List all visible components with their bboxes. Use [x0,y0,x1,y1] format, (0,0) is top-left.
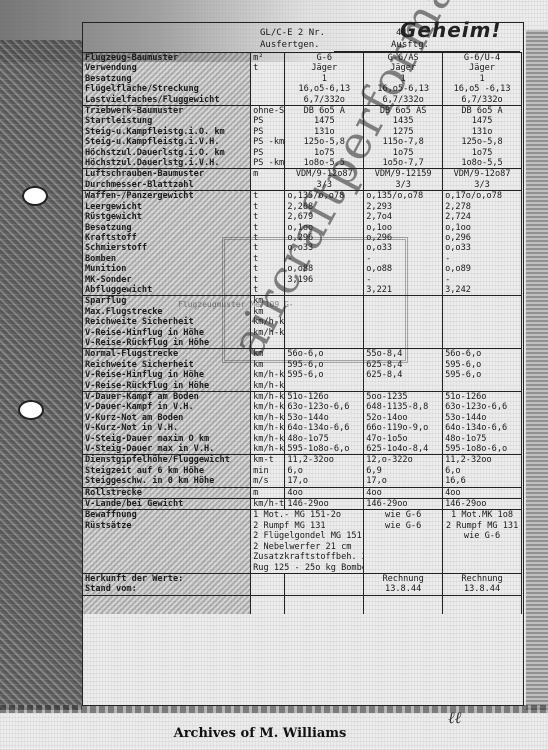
row-units [251,573,285,595]
row-labels: Rollstrecke [83,487,251,498]
value-cell: 1475 [445,116,519,126]
value-cell: 16,o5-6,13 [287,84,361,94]
value-cell: Jäger [287,63,361,73]
value-cell: 1o75 [287,148,361,158]
value-cell: 625-1o4o-8,4 [366,444,440,454]
value-col-1: VDM/9-121593/3 [364,169,443,191]
row-label: Steigzeit auf 6 km Höhe [85,466,248,476]
armament-col-1: 1 Mot.MK 1o82 Rumpf MG 131wie G-6 [443,510,522,573]
unit-cell: km/h-km [253,392,282,402]
source-col-1: Rechnung13.8.44 [364,573,443,595]
value-cell: 2,679 [287,212,361,222]
value-cell: 11,2-32oo [287,455,361,465]
value-cell: 146-29oo [445,499,519,509]
empty-cell [285,595,364,614]
row-units: km/h-kmkm/h-kmkm/h-kmkm/h-kmkm/h-kmkm/h-… [251,392,285,455]
spec-section-11: Herkunft der Werte:Stand vom:Rechnung13.… [83,573,522,595]
value-cell: 3/3 [445,180,519,190]
row-label: Luftschrauben-Baumuster [85,169,248,179]
value-cell: 12,o-322o [366,455,440,465]
row-labels: V-Dauer-Kampf am BodenV-Dauer-Kampf in V… [83,392,251,455]
value-col-1: 5oo-1235648-1135-8,852o-14oo66o-119o-9,o… [364,392,443,455]
value-cell: 2,268 [287,202,361,212]
row-label: Lastvielfaches/Fluggewicht [85,95,248,105]
row-label: V-Dauer-Kampf in V.H. [85,402,248,412]
classification-stamp: Geheim! [400,18,502,42]
value-cell: 648-1135-8,8 [366,402,440,412]
value-col-1: 4oo [364,487,443,498]
value-col-2: o,17o/o,o782,2782,724o,1ooo,296o,o33-o,o… [443,191,522,296]
value-cell: 17,o [366,476,440,486]
unit-cell: PS -km [253,158,282,168]
value-cell: - [445,275,519,285]
row-label: V-Lande/bei Gewicht [85,499,248,509]
value-cell: 131o [445,127,519,137]
value-cell: - [445,254,519,264]
value-col-2: 4oo [443,487,522,498]
value-cell: 16,6 [445,476,519,486]
value-cell: 125o-5,8 [287,137,361,147]
value-cell: 115o-7,8 [366,137,440,147]
archive-credit: Archives of M. Williams [0,726,548,741]
unit-cell: t [253,63,282,73]
value-cell: Jäger [445,63,519,73]
row-label: Flugzeug-Baumuster [85,53,248,63]
armament-line: wie G-6 [445,531,519,541]
unit-cell: PS -km [253,137,282,147]
value-col-0: 11,2-32oo6,o17,o [285,455,364,487]
value-cell: o,1oo [287,223,361,233]
source-line: 13.8.44 [366,584,440,594]
unit-cell: km/h-t [253,499,282,509]
row-label: Dienstgipfelhöhe/Fluggewicht [85,455,248,465]
punch-hole [22,186,48,206]
unit-cell: min [253,466,282,476]
row-label: Rüstsätze [85,521,248,531]
source-line: Rechnung [366,574,440,584]
signature: ℓℓ [448,708,461,728]
unit-cell: PS [253,148,282,158]
unit-cell: km/h-km [253,370,282,380]
value-cell: 47o-1o5o [366,434,440,444]
value-cell: 1475 [287,116,361,126]
value-cell: 595-6,o [445,360,519,370]
value-cell: 3/3 [366,180,440,190]
unit-cell: km/h-km [253,381,282,391]
value-col-0: DB 6o5 A1475131o125o-5,81o751o8o-5,5 [285,106,364,169]
value-col-0: 4oo [285,487,364,498]
value-cell: 6,7/332o [287,95,361,105]
value-cell: 595-1o8o-6,o [445,444,519,454]
value-cell: 1o75 [366,148,440,158]
unit-cell: ohne-Stau [253,106,282,116]
row-label: Steiggeschw. in 0 km Höhe [85,476,248,486]
value-col-0: VDM/9-12o873/3 [285,169,364,191]
row-label: Steig-u.Kampfleistg.i.O. km [85,127,248,137]
unit-cell: t [253,191,282,201]
value-cell: VDM/9-12o87 [445,169,519,179]
row-label: Steig-u.Kampfleistg.i.V.H. [85,137,248,147]
spec-section-9: V-Lande/bei Gewichtkm/h-t146-29oo146-29o… [83,499,522,510]
value-cell: DB 6o5 A [287,106,361,116]
unit-cell: PS [253,116,282,126]
value-cell: 5oo-1235 [366,392,440,402]
value-col-2 [443,296,522,349]
row-label: Verwendung [85,63,248,73]
value-cell: DB 6o5 AS [366,106,440,116]
empty-cell [364,595,443,614]
value-cell: 6,o [445,466,519,476]
row-label: V-Reise-Rückflug in Höhe [85,381,248,391]
row-label: V-Kurz-Not am Boden [85,413,248,423]
row-labels: Herkunft der Werte:Stand vom: [83,573,251,595]
row-label: Besatzung [85,223,248,233]
row-units: m [251,487,285,498]
value-cell: 51o-126o [287,392,361,402]
row-label: Stand vom: [85,584,248,594]
row-labels: V-Lande/bei Gewicht [83,499,251,510]
row-units: km-tminm/s [251,455,285,487]
value-cell: 2,7o4 [366,212,440,222]
armament-col-0: wie G-6wie G-6 [364,510,443,573]
value-cell: G-6/U-4 [445,53,519,63]
value-cell: o,o89 [445,264,519,274]
spec-section-7: Dienstgipfelhöhe/FluggewichtSteigzeit au… [83,455,522,487]
value-cell: 2,293 [366,202,440,212]
unit-cell: m² [253,53,282,63]
value-cell: 3,242 [445,285,519,295]
value-cell: G-6 [287,53,361,63]
row-units: 1 Mot.- MG 151-2o2 Rumpf MG 1312 Flügelg… [251,510,364,573]
armament-line: wie G-6 [366,510,440,520]
value-cell: 53o-144o [287,413,361,423]
armament-line: Rug 125 - 25o kg Bombe [253,563,361,573]
source-line: Rechnung [445,574,519,584]
value-cell: 1o75 [445,148,519,158]
unit-cell: km-t [253,455,282,465]
value-col-2: 56o-6,o595-6,o595-6,o [443,349,522,392]
value-cell: 56o-6,o [445,349,519,359]
row-label: Waffen-/Panzergewicht [85,191,248,201]
value-cell: o,1oo [445,223,519,233]
spec-section-1: Triebwerk-BaumusterStartleistungSteig-u.… [83,106,522,169]
row-label: Durchmesser-Blattzahl [85,180,248,190]
unit-cell: t [253,212,282,222]
value-cell: 595-6,o [287,370,361,380]
row-label: Herkunft der Werte: [85,574,248,584]
row-label: Besatzung [85,74,248,84]
value-cell: 6,9 [366,466,440,476]
value-cell: G-6/AS [366,53,440,63]
value-cell: o,135/o,o78 [287,191,361,201]
row-label: V-Reise-Hinflug in Höhe [85,370,248,380]
value-cell: 4oo [366,488,440,498]
value-cell: 1o5o-7,7 [366,158,440,168]
value-col-2: 11,2-32oo6,o16,6 [443,455,522,487]
row-label: Rollstrecke [85,488,248,498]
value-cell: 4oo [445,488,519,498]
value-cell: 1 [445,74,519,84]
unit-cell: km/h-km [253,413,282,423]
scan-right-edge [526,30,548,710]
spec-section-6: V-Dauer-Kampf am BodenV-Dauer-Kampf in V… [83,392,522,455]
empty-cell [443,595,522,614]
value-cell: 131o [287,127,361,137]
value-cell: 64o-134o-6,6 [287,423,361,433]
row-labels: Flugzeug-BaumusterVerwendungBesatzungFlü… [83,53,251,106]
row-label: Bewaffnung [85,510,248,520]
armament-line: wie G-6 [366,521,440,531]
value-col-1: G-6/ASJäger116,o5-6,136,7/332o [364,53,443,106]
value-cell: DB 6o5 A [445,106,519,116]
value-cell: 1275 [366,127,440,137]
value-cell: 16,o5-6,13 [366,84,440,94]
row-label: Startleistung [85,116,248,126]
value-col-2: G-6/U-4Jäger116,o5 -6,136,7/332o [443,53,522,106]
value-cell: 1o8o-5,5 [445,158,519,168]
source-col-0 [285,573,364,595]
value-col-0: 51o-126o63o-123o-6,653o-144o64o-134o-6,6… [285,392,364,455]
value-cell: 17,o [287,476,361,486]
value-cell: 52o-14oo [366,413,440,423]
row-label: Höchstzul.Dauerlstg.i.O. km [85,148,248,158]
row-units: m [251,169,285,191]
value-cell: 1 [366,74,440,84]
spec-section-8: Rollstreckem4oo4oo4oo [83,487,522,498]
value-col-0: 146-29oo [285,499,364,510]
unit-cell: m [253,488,282,498]
row-label: Höchstzul.Dauerlstg.i.V.H. [85,158,248,168]
value-cell: 3/3 [287,180,361,190]
row-labels: Luftschrauben-BaumusterDurchmesser-Blatt… [83,169,251,191]
row-label: Rüstgewicht [85,212,248,222]
value-cell: o,17o/o,o78 [445,191,519,201]
unit-cell: km/h-km [253,402,282,412]
armament-line: 2 Nebelwerfer 21 cm [253,542,361,552]
unit-cell: m/s [253,476,282,486]
value-col-1: DB 6o5 AS14351275115o-7,81o751o5o-7,7 [364,106,443,169]
value-cell: 63o-123o-6,6 [287,402,361,412]
spec-section-0: Flugzeug-BaumusterVerwendungBesatzungFlü… [83,53,522,106]
punch-hole [18,400,44,420]
empty-cell [83,595,251,614]
value-cell: 64o-134o-6,6 [445,423,519,433]
value-cell: 11,2-32oo [445,455,519,465]
value-cell: 6,7/332o [445,95,519,105]
value-cell: 146-29oo [366,499,440,509]
source-line: 13.8.44 [445,584,519,594]
reference-number: GL/C-E 2 Nr. [260,28,325,38]
value-cell: o,o33 [445,243,519,253]
row-label: V-Kurz-Not in V.H. [85,423,248,433]
value-cell: 48o-1o75 [445,434,519,444]
unit-cell: m [253,169,282,179]
value-col-0: G-6Jäger116,o5-6,136,7/332o [285,53,364,106]
value-cell: 125o-5,8 [445,137,519,147]
archive-credit-text: Archives of M. Williams [174,726,347,741]
row-label: Triebwerk-Baumuster [85,106,248,116]
unit-cell: km/h-km [253,444,282,454]
value-col-1: 146-29oo [364,499,443,510]
empty-cell [251,595,285,614]
armament-line: 2 Rumpf MG 131 [253,521,361,531]
armament-line: 1 Mot.MK 1o8 [445,510,519,520]
value-cell: 1 [287,74,361,84]
row-label: V-Steig-Dauer maxim O km [85,434,248,444]
value-col-2: 146-29oo [443,499,522,510]
ausfertigungen-label: Ausfertgen. [260,40,320,50]
armament-line: 1 Mot.- MG 151-2o [253,510,361,520]
value-cell: 53o-144o [445,413,519,423]
stamp-text: Flugzeugmuster Me 109 G- [178,300,294,309]
armament-line: 2 Rumpf MG 131 [445,521,519,531]
value-cell: VDM/9-12o87 [287,169,361,179]
value-cell: 595-6,o [445,370,519,380]
value-cell: 1o8o-5,5 [287,158,361,168]
value-col-2: 51o-126o63o-123o-6,653o-144o64o-134o-6,6… [443,392,522,455]
row-label: Leergewicht [85,202,248,212]
value-cell: 146-29oo [287,499,361,509]
value-cell: Jäger [366,63,440,73]
unit-cell: PS [253,127,282,137]
spec-section-10: BewaffnungRüstsätze1 Mot.- MG 151-2o2 Ru… [83,510,522,573]
value-cell: 2,724 [445,212,519,222]
unit-cell: t [253,202,282,212]
armament-line: 2 Flügelgondel MG 151 [253,531,361,541]
source-col-2: Rechnung13.8.44 [443,573,522,595]
value-cell: o,296 [445,233,519,243]
value-cell: 48o-1o75 [287,434,361,444]
value-cell: o,1oo [366,223,440,233]
value-cell: 4oo [287,488,361,498]
value-cell: 1435 [366,116,440,126]
value-cell: 595-1o8o-6,o [287,444,361,454]
value-col-2: VDM/9-12o873/3 [443,169,522,191]
row-labels: Dienstgipfelhöhe/FluggewichtSteigzeit au… [83,455,251,487]
scan-bottom-band [0,705,548,713]
row-labels: BewaffnungRüstsätze [83,510,251,573]
value-cell: 6,o [287,466,361,476]
value-cell: 16,o5 -6,13 [445,84,519,94]
row-label: V-Dauer-Kampf am Boden [85,392,248,402]
scan-left-edge [0,40,82,710]
row-label: V-Steig-Dauer max in V.H. [85,444,248,454]
row-units: m²t [251,53,285,106]
value-cell: 66o-119o-9,o [366,423,440,433]
row-units: km/h-t [251,499,285,510]
row-label: Flügelfläche/Streckung [85,84,248,94]
value-cell: VDM/9-12159 [366,169,440,179]
value-col-2: DB 6o5 A1475131o125o-5,81o751o8o-5,5 [443,106,522,169]
value-cell: 2,278 [445,202,519,212]
value-cell: 6,7/332o [366,95,440,105]
spec-section-2: Luftschrauben-BaumusterDurchmesser-Blatt… [83,169,522,191]
value-col-1: 12,o-322o6,917,o [364,455,443,487]
value-cell: 51o-126o [445,392,519,402]
value-cell: o,135/o,o78 [366,191,440,201]
unit-cell: km/h-km [253,423,282,433]
row-labels: Triebwerk-BaumusterStartleistungSteig-u.… [83,106,251,169]
spec-empty-row [83,595,522,614]
value-cell: 625-8,4 [366,370,440,380]
unit-cell: t [253,223,282,233]
document-header: GL/C-E 2 Nr. 44 Ausfertgen. Ausftg. Gehe… [82,22,522,52]
unit-cell: km/h-km [253,434,282,444]
value-cell: 63o-123o-6,6 [445,402,519,412]
row-units: ohne-StauPSPSPS -kmPSPS -km [251,106,285,169]
armament-line: Zusatzkraftstoffbeh. 3oo 1 [253,552,361,562]
